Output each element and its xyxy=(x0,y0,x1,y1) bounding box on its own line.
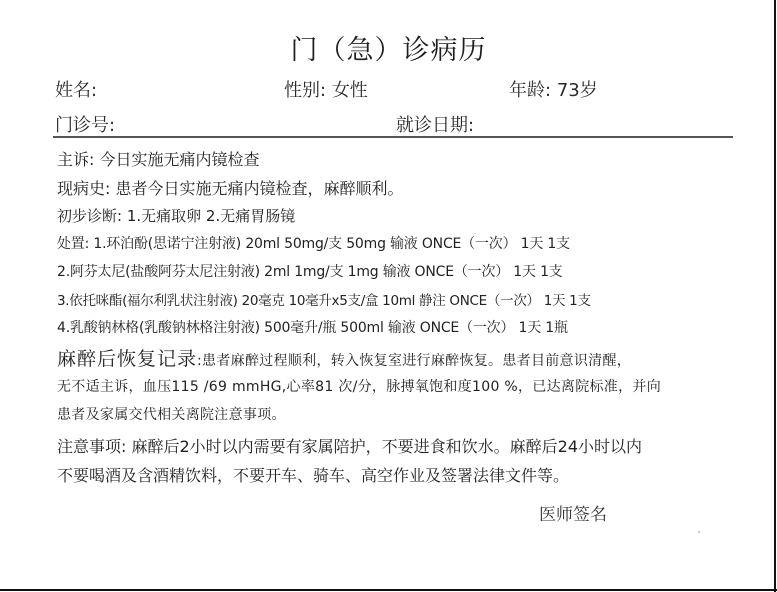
chief-complaint-text: 今日实施无痛内镜检查 xyxy=(100,150,260,169)
page-border-bottom xyxy=(0,589,777,591)
doctor-signature-label: 医师签名 xyxy=(539,500,607,525)
chief-complaint: 主诉: 今日实施无痛内镜检查 xyxy=(57,147,260,170)
present-illness-label: 现病史: xyxy=(57,179,110,198)
precautions-line-1: 注意事项: 麻醉后2小时以内需要有家属陪护，不要进食和饮水。麻醉后24小时以内 xyxy=(57,434,642,457)
scan-speck xyxy=(698,531,700,533)
treatment-item-text: 1.环泊酚(思诺宁注射液) 20ml 50mg/支 50mg 输液 ONCE（一… xyxy=(93,236,570,252)
chief-complaint-label: 主诉: xyxy=(57,150,94,169)
treatment-item-3: 3.依托咪酯(福尔利乳状注射液) 20毫克 10毫升x5支/盒 10ml 静注 … xyxy=(57,289,591,309)
document-title: 门（急）诊病历 xyxy=(0,28,777,67)
treatment-item-text: 3.依托咪酯(福尔利乳状注射液) 20毫克 10毫升x5支/盒 10ml 静注 … xyxy=(57,293,591,309)
present-illness-text: 患者今日实施无痛内镜检査，麻醉顺利。 xyxy=(116,179,404,198)
diagnosis-label: 初步诊断: xyxy=(57,207,122,225)
precautions-label: 注意事项: xyxy=(57,437,126,456)
diagnosis-text: 1.无痛取卵 2.无痛胃肠镜 xyxy=(127,207,295,225)
treatment-item-1: 处置: 1.环泊酚(思诺宁注射液) 20ml 50mg/支 50mg 输液 ON… xyxy=(57,233,570,253)
patient-name-label: 姓名: xyxy=(55,80,97,101)
header-divider xyxy=(53,136,733,138)
recovery-record-line-3: 患者及家属交代相关离院注意事项。 xyxy=(57,404,286,424)
treatment-item-text: 4.乳酸钠林格(乳酸钠林格注射液) 500毫升/瓶 500ml 输液 ONCE（… xyxy=(57,320,568,336)
recovery-record-line-1: 麻醉后恢复记录:患者麻醉过程顺利，转入恢复室进行麻醉恢复。患者目前意识清醒， xyxy=(57,344,631,371)
treatment-item-4: 4.乳酸钠林格(乳酸钠林格注射液) 500毫升/瓶 500ml 输液 ONCE（… xyxy=(57,317,568,337)
precautions-text: 不要喝酒及含酒精饮料，不要开车、骑车、高空作业及签署法律文件等。 xyxy=(57,466,569,485)
patient-gender-value: 女性 xyxy=(332,80,368,101)
patient-age-field: 年龄: 73岁 xyxy=(509,76,598,102)
treatment-item-2: 2.阿芬太尼(盐酸阿芬太尼注射液) 2ml 1mg/支 1mg 输液 ONCE（… xyxy=(57,261,563,281)
precautions-text: 麻醉后2小时以内需要有家属陪护，不要进食和饮水。麻醉后24小时以内 xyxy=(132,437,643,456)
recovery-record-text: 无不适主诉，血压115 /69 mmHG,心率81 次/分，脉搏氧饱和度100 … xyxy=(57,379,661,395)
recovery-record-label: 麻醉后恢复记录 xyxy=(57,348,197,370)
patient-name-field: 姓名: xyxy=(55,76,97,102)
outpatient-no-label: 门诊号: xyxy=(55,115,115,136)
diagnosis: 初步诊断: 1.无痛取卵 2.无痛胃肠镜 xyxy=(57,205,295,226)
visit-date-label: 就诊日期: xyxy=(396,115,474,136)
present-illness: 现病史: 患者今日实施无痛内镜检査，麻醉顺利。 xyxy=(57,176,404,199)
recovery-record-text: 患者麻醉过程顺利，转入恢复室进行麻醉恢复。患者目前意识清醒， xyxy=(202,353,631,369)
patient-age-value: 73岁 xyxy=(557,80,598,101)
outpatient-no-field: 门诊号: xyxy=(55,111,115,137)
precautions-line-2: 不要喝酒及含酒精饮料，不要开车、骑车、高空作业及签署法律文件等。 xyxy=(57,463,569,486)
patient-gender-label: 性别: xyxy=(284,80,326,101)
recovery-record-text: 患者及家属交代相关离院注意事项。 xyxy=(57,407,286,423)
recovery-record-line-2: 无不适主诉，血压115 /69 mmHG,心率81 次/分，脉搏氧饱和度100 … xyxy=(57,376,661,396)
treatment-item-text: 2.阿芬太尼(盐酸阿芬太尼注射液) 2ml 1mg/支 1mg 输液 ONCE（… xyxy=(57,264,563,280)
page-border-right xyxy=(774,0,776,592)
patient-age-label: 年龄: xyxy=(509,80,551,101)
treatment-label: 处置: xyxy=(57,236,89,252)
patient-gender-field: 性别: 女性 xyxy=(284,76,368,102)
visit-date-field: 就诊日期: xyxy=(396,111,474,137)
